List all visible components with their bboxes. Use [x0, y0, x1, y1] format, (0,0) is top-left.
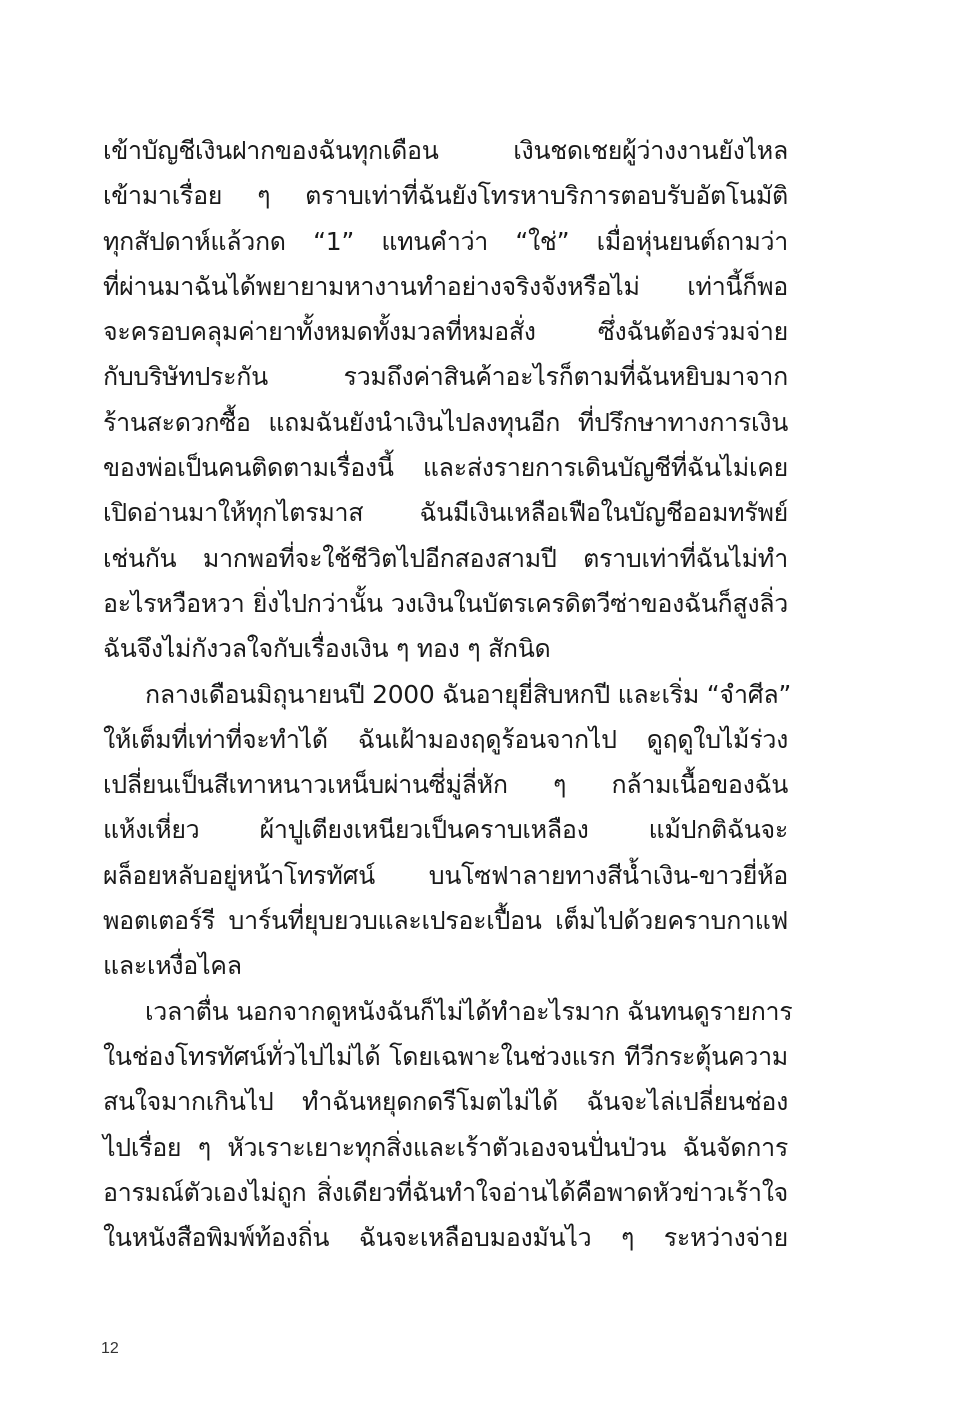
text-line: เข้ามาเรื่อย ๆ ตราบเท่าที่ฉันยังโทรหาบริ… [103, 173, 788, 218]
text-line: เช่นกัน มากพอที่จะใช้ชีวิตไปอีกสองสามปี … [103, 536, 788, 581]
paragraph-1: เข้าบัญชีเงินฝากของฉันทุกเดือน เงินชดเชย… [103, 128, 788, 672]
text-line: ร้านสะดวกซื้อ แถมฉันยังนำเงินไปลงทุนอีก … [103, 400, 788, 445]
text-line: ของพ่อเป็นคนติดตามเรื่องนี้ และส่งรายการ… [103, 445, 788, 490]
text-line: พอตเตอร์รี บาร์นที่ยุบยวบและเปรอะเปื้อน … [103, 898, 788, 943]
text-line: ฉันจึงไม่กังวลใจกับเรื่องเงิน ๆ ทอง ๆ สั… [103, 626, 788, 671]
text-line: ในหนังสือพิมพ์ท้องถิ่น ฉันจะเหลือบมองมัน… [103, 1215, 788, 1260]
text-line: ทุกสัปดาห์แล้วกด “1” แทนคำว่า “ใช่” เมื่… [103, 219, 788, 264]
text-line: เวลาตื่น นอกจากดูหนังฉันก็ไม่ได้ทำอะไรมา… [103, 989, 788, 1034]
text-line: ที่ผ่านมาฉันได้พยายามหางานทำอย่างจริงจัง… [103, 264, 788, 309]
text-line: จะครอบคลุมค่ายาทั้งหมดทั้งมวลที่หมอสั่ง … [103, 309, 788, 354]
page-number: 12 [101, 1340, 119, 1358]
page-body: เข้าบัญชีเงินฝากของฉันทุกเดือน เงินชดเชย… [103, 128, 788, 1260]
text-line: เข้าบัญชีเงินฝากของฉันทุกเดือน เงินชดเชย… [103, 128, 788, 173]
text-line: กับบริษัทประกัน รวมถึงค่าสินค้าอะไรก็ตาม… [103, 354, 788, 399]
text-line: เปลี่ยนเป็นสีเทาหนาวเหน็บผ่านซี่มู่ลี่หั… [103, 762, 788, 807]
paragraph-2: กลางเดือนมิถุนายนปี 2000 ฉันอายุยี่สิบหก… [103, 672, 788, 989]
text-line: กลางเดือนมิถุนายนปี 2000 ฉันอายุยี่สิบหก… [103, 672, 788, 717]
text-line: ไปเรื่อย ๆ หัวเราะเยาะทุกสิ่งและเร้าตัวเ… [103, 1125, 788, 1170]
text-line: ในช่องโทรทัศน์ทั่วไปไม่ได้ โดยเฉพาะในช่ว… [103, 1034, 788, 1079]
text-line: ให้เต็มที่เท่าที่จะทำได้ ฉันเฝ้ามองฤดูร้… [103, 717, 788, 762]
text-line: สนใจมากเกินไป ทำฉันหยุดกดรีโมตไม่ได้ ฉัน… [103, 1079, 788, 1124]
text-line: อารมณ์ตัวเองไม่ถูก สิ่งเดียวที่ฉันทำใจอ่… [103, 1170, 788, 1215]
text-line: เปิดอ่านมาให้ทุกไตรมาส ฉันมีเงินเหลือเฟื… [103, 490, 788, 535]
text-line: อะไรหวือหวา ยิ่งไปกว่านั้น วงเงินในบัตรเ… [103, 581, 788, 626]
paragraph-3: เวลาตื่น นอกจากดูหนังฉันก็ไม่ได้ทำอะไรมา… [103, 989, 788, 1261]
text-line: และเหงื่อไคล [103, 943, 788, 988]
text-line: แห้งเหี่ยว ผ้าปูเตียงเหนียวเป็นคราบเหลือ… [103, 807, 788, 852]
text-line: ผล็อยหลับอยู่หน้าโทรทัศน์ บนโซฟาลายทางสี… [103, 853, 788, 898]
